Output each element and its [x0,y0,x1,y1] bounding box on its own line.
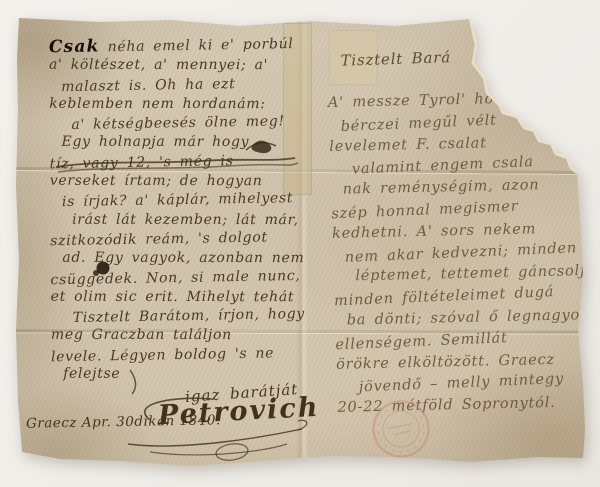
drop-initial: Csak [49,36,100,57]
handwriting-line: et olim sic erit. Mihelyt tehát [51,288,313,308]
handwriting-line: irást lát kezemben; lát már, [72,210,312,230]
letter-paper: Csak néha emel ki e' porbúl a' költészet… [0,0,600,487]
handwriting-line: ad. Egy vagyok, azonban nem [62,249,312,269]
handwriting-line: tíz, vagy 12, 's még is [50,150,312,174]
left-page: Csak néha emel ki e' porbúl a' költészet… [49,35,313,385]
signature: Petrovich [157,392,320,431]
handwriting-line: levele. Légyen boldog 's ne [51,343,313,367]
paper-shadow: Csak néha emel ki e' porbúl a' költészet… [0,0,600,487]
handwriting-line: keblemben nem hordanám: [49,95,311,115]
handwriting-line: A' messze Tyrol' hó [328,87,584,115]
handwriting-line: 20-22 métföld Sopronytól. [337,392,593,420]
handwriting-line: malaszt is. Oh ha ezt [61,73,311,97]
right-page: Tisztelt Bará A' messze Tyrol' hó bércze… [326,42,594,421]
handwriting-line: a' költészet, a' mennyei; a' [49,56,311,76]
handwriting-line: Egy holnapja már hogy [62,133,312,153]
handwriting-line: is írjak? a' káplár, mihelyest [62,189,312,213]
handwriting-text: néha emel ki e' porbúl [99,36,293,55]
handwriting-line: csüggedek. Non, si male nunc, [50,266,312,290]
letter-photo: Csak néha emel ki e' porbúl a' költészet… [0,0,600,487]
handwriting-line: meg Graczban találjon [51,326,313,346]
